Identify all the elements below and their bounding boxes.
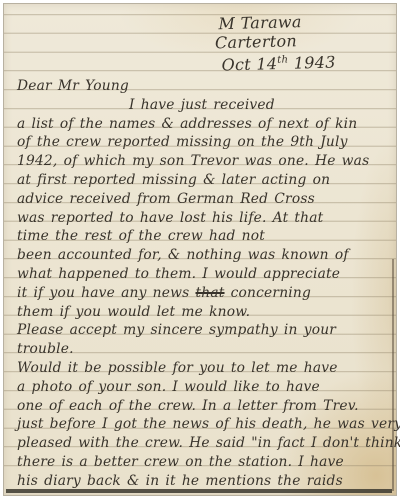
strike-line-post: concerning [225,285,312,301]
letter-line: there is a better crew on the station. I… [17,453,388,472]
scan-edge-right [392,259,394,491]
letter-line: Please accept my sincere sympathy in you… [17,321,388,340]
strike-line-pre: it if you have any news [17,285,196,301]
letter-line: was reported to have lost his life. At t… [17,209,388,228]
letter-line: a list of the names & addresses of next … [17,115,388,134]
scan-edge-bottom [6,489,392,493]
letter-line: just before I got the news of his death,… [17,415,388,434]
letter-line: trouble. [17,340,388,359]
letter-line: time the rest of the crew had not [17,227,388,246]
letter-line: Would it be possible for you to let me h… [17,359,388,378]
letter-line: what happened to them. I would appreciat… [17,265,388,284]
letter-header: M Tarawa Carterton Oct 14th 1943 [218,10,392,75]
letter-line: 1942, of which my son Trevor was one. He… [17,152,388,171]
letter-line: his diary back & in it he mentions the r… [17,472,388,491]
letter-line: I have just received [17,96,388,115]
struck-word: that [196,285,225,301]
letter-line: one of each of the crew. In a letter fro… [17,397,388,416]
letter-line: them if you would let me know. [17,303,388,322]
letter-line: advice received from German Red Cross [17,190,388,209]
salutation: Dear Mr Young [17,77,388,96]
letter-paper: M Tarawa Carterton Oct 14th 1943 Dear Mr… [3,3,397,496]
letter-line: of the crew reported missing on the 9th … [17,133,388,152]
letter-line: pleased with the crew. He said "in fact … [17,434,388,453]
letter-line: been accounted for, & nothing was known … [17,246,388,265]
letter-line: a photo of your son. I would like to hav… [17,378,388,397]
letter-body: Dear Mr Young I have just received a lis… [17,77,388,491]
letter-line-with-strike: it if you have any news that concerning [17,284,388,303]
letter-date: Oct 14th 1943 [221,48,392,75]
letter-line: at first reported missing & later acting… [17,171,388,190]
